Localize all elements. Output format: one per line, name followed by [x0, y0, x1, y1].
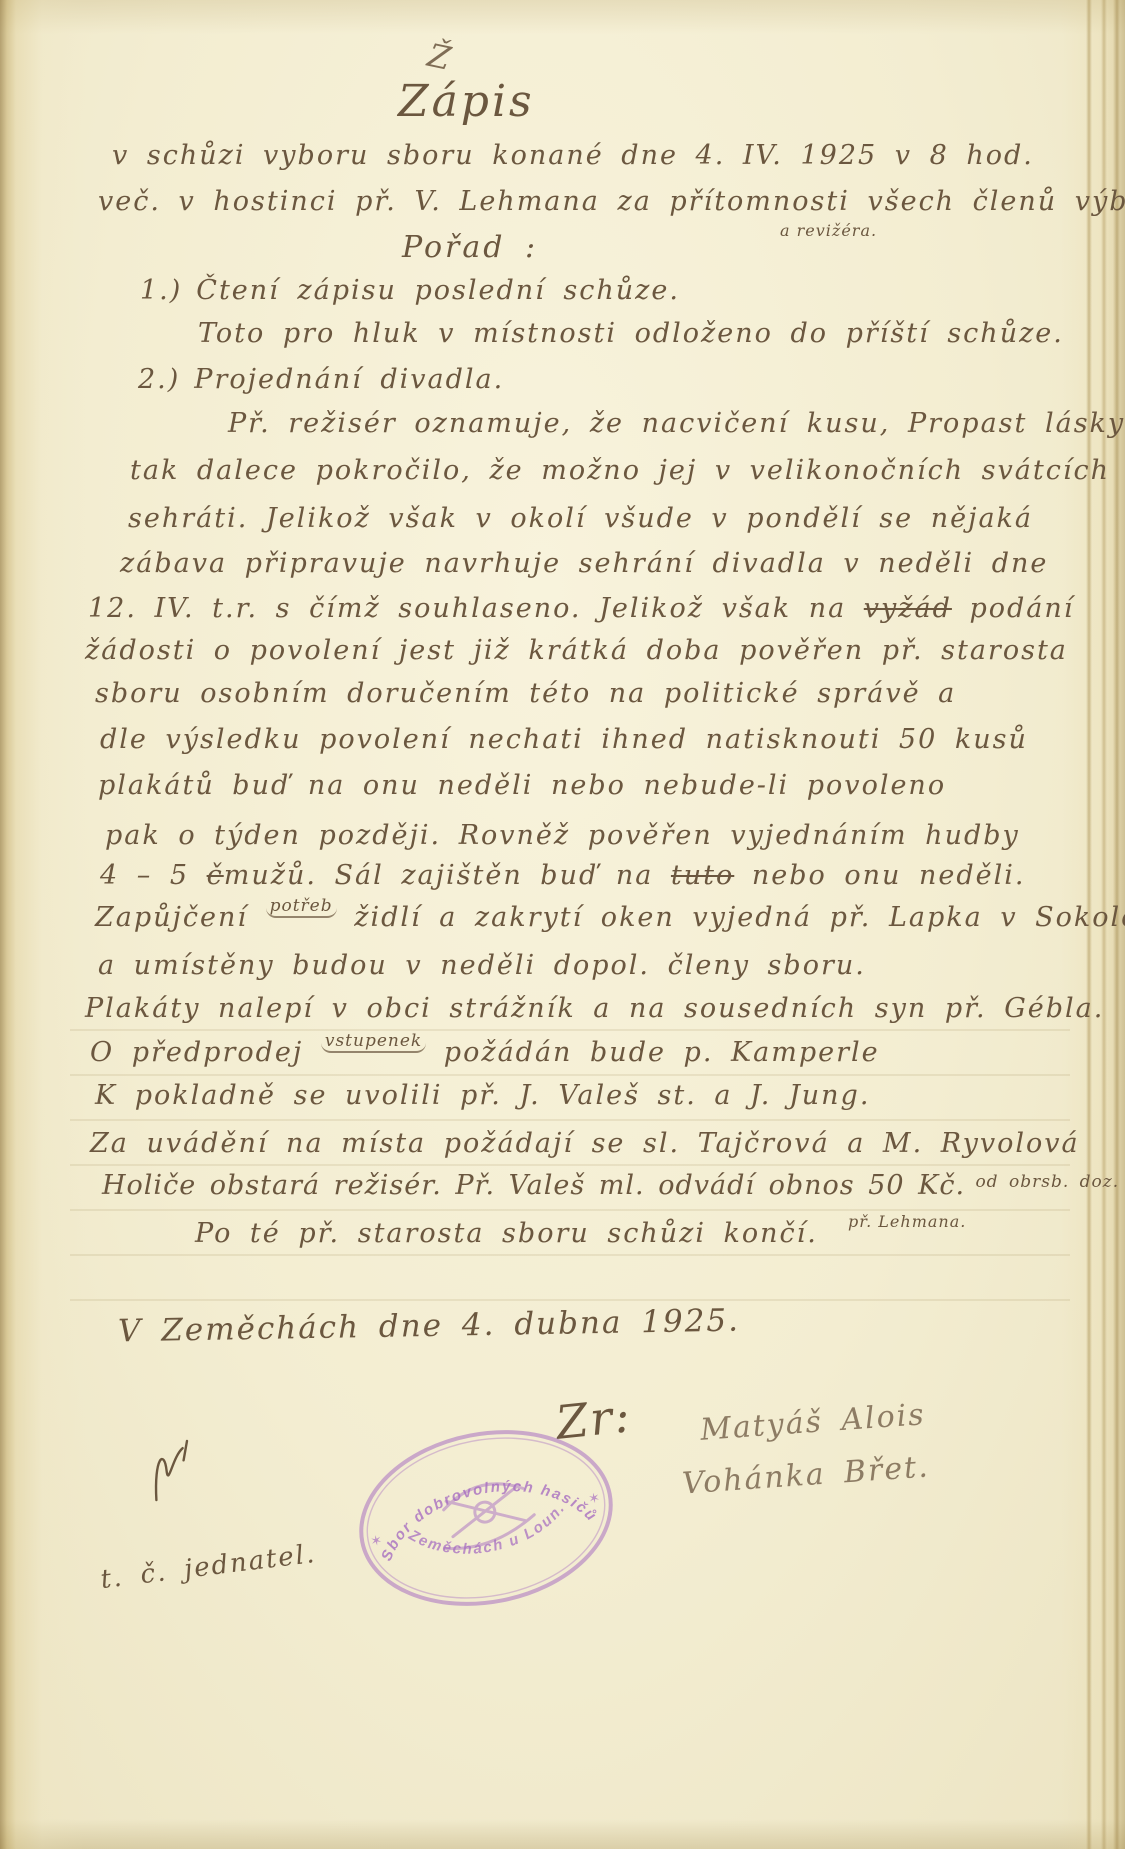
stamp: Sbor dobrovolných hasičů Zeměchách u Lou…: [337, 1404, 634, 1632]
line-segment: podání: [952, 593, 1075, 624]
agenda-item-1: 1.)Čtení zápisu poslední schůze.: [140, 275, 680, 306]
body-line: sboru osobním doručením této na politick…: [95, 678, 956, 709]
body-line: Holiče obstará režisér. Př. Valeš ml. od…: [102, 1170, 1119, 1201]
line-segment: mužů. Sál zajištěn buď na: [224, 860, 671, 891]
manuscript-page: Ž Zápis v schůzi vyboru sboru konané dne…: [0, 0, 1125, 1849]
line-segment: 4 – 5: [100, 860, 207, 891]
dateline: V Zeměchách dne 4. dubna 1925.: [118, 1303, 741, 1350]
body-line: sehráti. Jelikož však v okolí všude v po…: [128, 503, 1033, 534]
item-number: 1.): [140, 275, 196, 306]
margin-note-reviser: a revižéra.: [780, 221, 877, 240]
line-segment: 12. IV. t.r. s čímž souhlaseno. Jelikož …: [88, 593, 864, 624]
body-line: dle výsledku povolení nechati ihned nati…: [100, 724, 1028, 755]
agenda-heading: Pořad :: [402, 230, 538, 265]
body-line: tak dalece pokročilo, že možno jej v vel…: [130, 455, 1110, 486]
deferred-note: Toto pro hluk v místnosti odloženo do př…: [198, 318, 1064, 349]
struck-word: vyžád: [864, 593, 952, 624]
intro-line-1: v schůzi vyboru sboru konané dne 4. IV. …: [112, 140, 1034, 171]
body-line: žádosti o povolení jest již krátká doba …: [85, 635, 1068, 666]
body-line: zábava připravuje navrhuje sehrání divad…: [120, 548, 1048, 579]
line-segment: Zapůjčení: [95, 902, 266, 933]
item-number: 2.): [138, 364, 194, 395]
stamp-star-right: ✶: [587, 1490, 602, 1508]
line-segment: Holiče obstará režisér. Př. Valeš ml. od…: [102, 1170, 965, 1201]
item-text: Čtení zápisu poslední schůze.: [196, 275, 680, 306]
item-text: Projednání divadla.: [194, 364, 504, 395]
title-flourish: Ž: [424, 36, 456, 78]
intro-line-2: več. v hostinci př. V. Lehmana za přítom…: [98, 186, 1125, 217]
body-line: Př. režisér oznamuje, že nacvičení kusu,…: [228, 408, 1125, 439]
signature-1: Matyáš Alois: [699, 1397, 927, 1448]
struck-word: tuto: [671, 860, 734, 891]
line-segment: požádán bude p. Kamperle: [426, 1037, 879, 1068]
body-line: K pokladně se uvolili př. J. Valeš st. a…: [95, 1080, 870, 1111]
line-segment: židlí a zakrytí oken vyjedná př. Lapka v…: [337, 902, 1125, 933]
secretary-role: t. č. jednatel.: [99, 1539, 318, 1595]
small-appendix: od obrsb. doz.: [965, 1172, 1119, 1192]
struck-word: č: [207, 860, 224, 891]
signature-flourish-icon: [131, 1427, 226, 1514]
body-line: Plakáty nalepí v obci strážník a na sous…: [85, 993, 1104, 1024]
body-line: 4 – 5 čmužů. Sál zajištěn buď na tuto ne…: [100, 860, 1025, 891]
body-line: plakátů buď na onu neděli nebo nebude-li…: [98, 770, 946, 801]
line-segment: nebo onu neděli.: [734, 860, 1025, 891]
line-segment: O předprodej: [90, 1037, 321, 1068]
body-line: Zapůjčení potřeb židlí a zakrytí oken vy…: [95, 902, 1125, 933]
body-line: Za uvádění na místa požádají se sl. Tajč…: [90, 1128, 1080, 1159]
body-line: O předprodej vstupenek požádán bude p. K…: [90, 1037, 880, 1068]
signature-2: Vohánka Břet.: [681, 1449, 931, 1501]
agenda-item-2: 2.)Projednání divadla.: [138, 364, 504, 395]
stamp-inner-ring: [353, 1419, 618, 1618]
page-title: Zápis: [398, 76, 535, 127]
inserted-word: potřeb: [266, 896, 337, 918]
body-line: a umístěny budou v neděli dopol. členy s…: [98, 950, 866, 981]
body-line: pak o týden později. Rovněž pověřen vyje…: [105, 820, 1020, 851]
stamp-star-left: ✶: [369, 1532, 384, 1550]
margin-note-lehman: př. Lehmana.: [848, 1212, 966, 1231]
body-line: Po té př. starosta sboru schůzi končí.: [195, 1218, 818, 1249]
body-line: 12. IV. t.r. s čímž souhlaseno. Jelikož …: [88, 593, 1074, 624]
inserted-word: vstupenek: [321, 1031, 426, 1053]
